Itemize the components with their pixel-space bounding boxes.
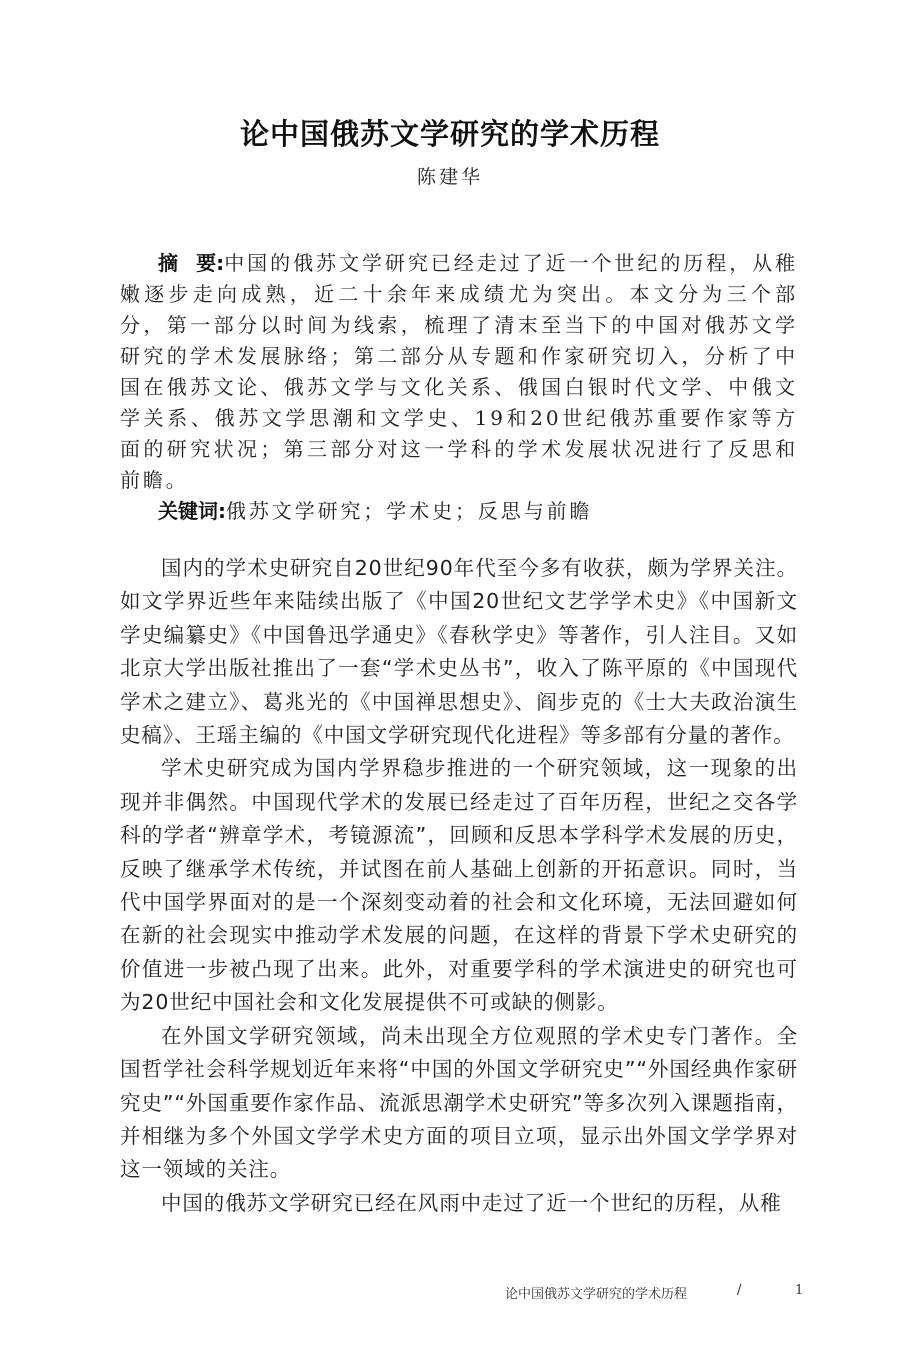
page-number: 1 — [795, 1283, 803, 1298]
body-paragraph-4: 中国的俄苏文学研究已经在风雨中走过了近一个世纪的历程，从稚 — [120, 1187, 798, 1220]
body-text: 国内的学术史研究自20世纪90年代至今多有收获，颇为学界关注。如文学界近些年来陆… — [120, 552, 798, 1220]
footer-separator: / — [737, 1283, 741, 1298]
article-title: 论中国俄苏文学研究的学术历程 — [0, 112, 900, 153]
abstract-label-part2: 要: — [196, 251, 224, 275]
running-title: 论中国俄苏文学研究的学术历程 — [505, 1287, 687, 1302]
keywords-paragraph: 关键词:俄苏文学研究；学术史；反思与前瞻 — [120, 496, 798, 527]
body-paragraph-2: 学术史研究成为国内学界稳步推进的一个研究领域，这一现象的出现并非偶然。中国现代学… — [120, 752, 798, 1019]
article-author: 陈建华 — [0, 162, 900, 189]
abstract-section: 摘要:中国的俄苏文学研究已经走过了近一个世纪的历程，从稚嫩逐步走向成熟，近二十余… — [120, 248, 798, 527]
keywords-text: 俄苏文学研究；学术史；反思与前瞻 — [226, 499, 592, 523]
abstract-text: 中国的俄苏文学研究已经走过了近一个世纪的历程，从稚嫩逐步走向成熟，近二十余年来成… — [120, 251, 798, 492]
page-footer: 论中国俄苏文学研究的学术历程 / 1 — [505, 1283, 805, 1302]
abstract-label-part1: 摘 — [158, 251, 178, 275]
body-paragraph-3: 在外国文学研究领域，尚未出现全方位观照的学术史专门著作。全国哲学社会科学规划近年… — [120, 1020, 798, 1187]
body-paragraph-1: 国内的学术史研究自20世纪90年代至今多有收获，颇为学界关注。如文学界近些年来陆… — [120, 552, 798, 752]
abstract-paragraph: 摘要:中国的俄苏文学研究已经走过了近一个世纪的历程，从稚嫩逐步走向成熟，近二十余… — [120, 248, 798, 496]
abstract-label: 摘要: — [158, 251, 224, 275]
keywords-label: 关键词: — [158, 499, 226, 523]
document-page: 论中国俄苏文学研究的学术历程 陈建华 摘要:中国的俄苏文学研究已经走过了近一个世… — [0, 0, 900, 1350]
